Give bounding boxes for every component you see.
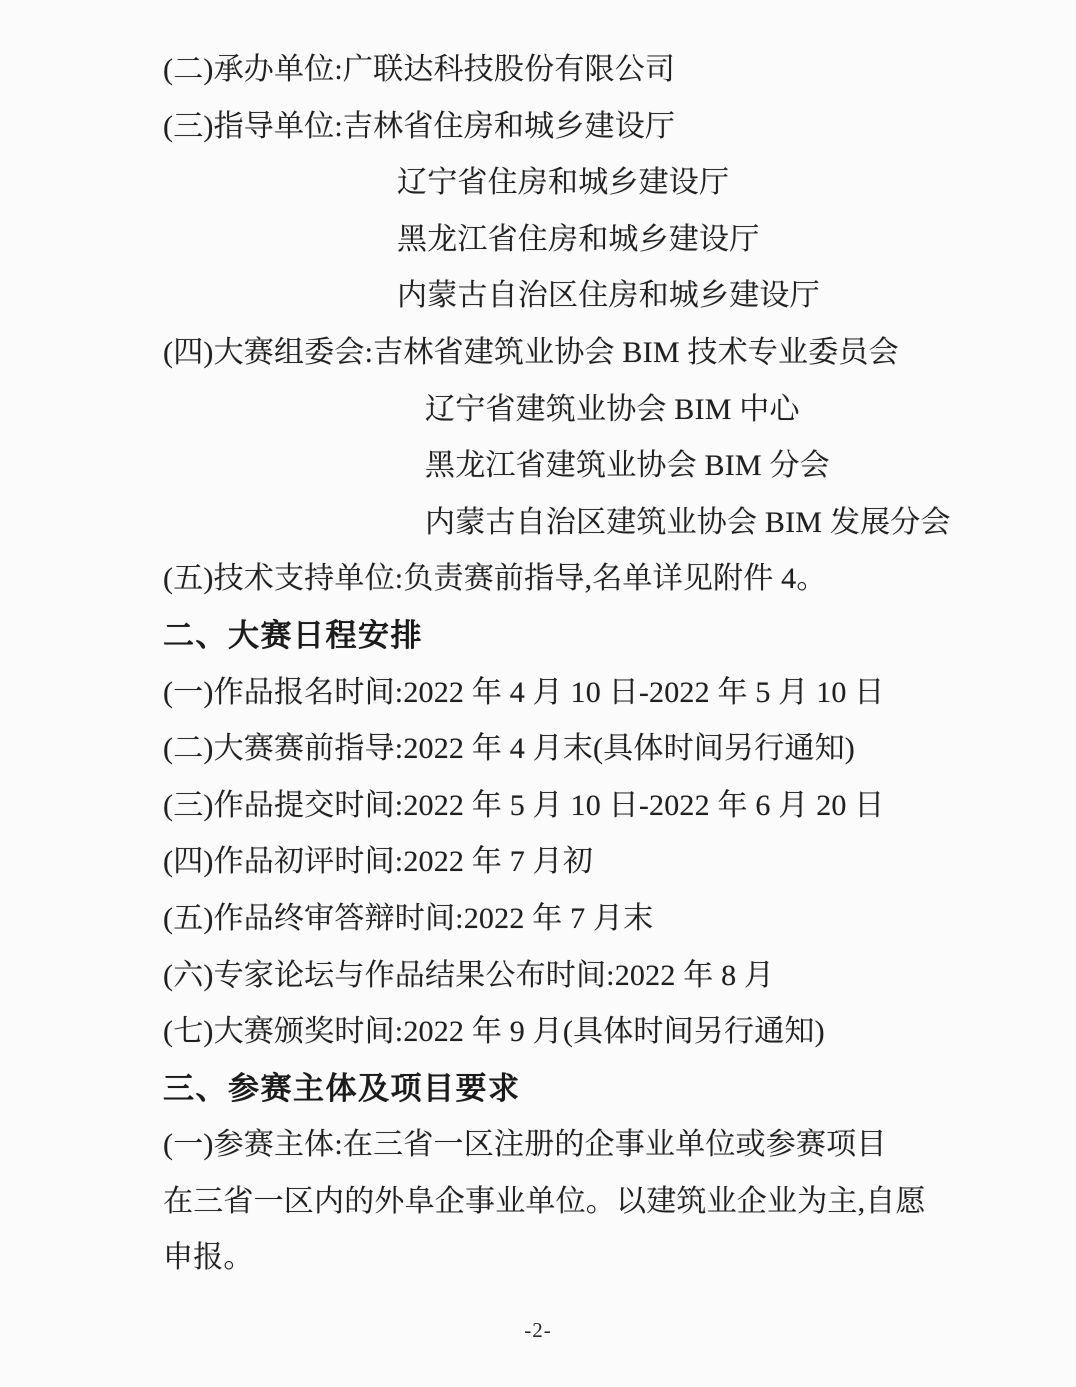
schedule-item: (二)大赛赛前指导:2022 年 4 月末(具体时间另行通知) (163, 721, 935, 778)
page-number: -2- (0, 1318, 1076, 1343)
guidance-line-continuation: 辽宁省住房和城乡建设厅 (163, 155, 935, 212)
schedule-item: (六)专家论坛与作品结果公布时间:2022 年 8 月 (163, 948, 935, 1005)
schedule-item: (一)作品报名时间:2022 年 4 月 10 日-2022 年 5 月 10 … (163, 665, 935, 722)
schedule-item: (七)大赛颁奖时间:2022 年 9 月(具体时间另行通知) (163, 1004, 935, 1061)
requirements-heading: 三、参赛主体及项目要求 (163, 1061, 935, 1118)
guidance-line-continuation: 黑龙江省住房和城乡建设厅 (163, 212, 935, 269)
document-body: (二)承办单位:广联达科技股份有限公司 (三)指导单位:吉林省住房和城乡建设厅 … (163, 42, 935, 1287)
committee-line-first: (四)大赛组委会:吉林省建筑业协会 BIM 技术专业委员会 (163, 325, 935, 382)
committee-line-continuation: 内蒙古自治区建筑业协会 BIM 发展分会 (163, 495, 935, 552)
schedule-item: (五)作品终审答辩时间:2022 年 7 月末 (163, 891, 935, 948)
schedule-item: (三)作品提交时间:2022 年 5 月 10 日-2022 年 6 月 20 … (163, 778, 935, 835)
guidance-line-continuation: 内蒙古自治区住房和城乡建设厅 (163, 268, 935, 325)
schedule-item: (四)作品初评时间:2022 年 7 月初 (163, 834, 935, 891)
requirements-paragraph-line: 在三省一区内的外阜企事业单位。以建筑业企业为主,自愿 (163, 1174, 935, 1231)
committee-line-continuation: 辽宁省建筑业协会 BIM 中心 (163, 382, 935, 439)
requirements-paragraph-line: 申报。 (163, 1230, 935, 1287)
undertaker-line: (二)承办单位:广联达科技股份有限公司 (163, 42, 935, 99)
requirements-paragraph-line: (一)参赛主体:在三省一区注册的企事业单位或参赛项目 (163, 1117, 935, 1174)
tech-support-line: (五)技术支持单位:负责赛前指导,名单详见附件 4。 (163, 551, 935, 608)
committee-line-continuation: 黑龙江省建筑业协会 BIM 分会 (163, 438, 935, 495)
schedule-heading: 二、大赛日程安排 (163, 608, 935, 665)
guidance-line-first: (三)指导单位:吉林省住房和城乡建设厅 (163, 99, 935, 156)
